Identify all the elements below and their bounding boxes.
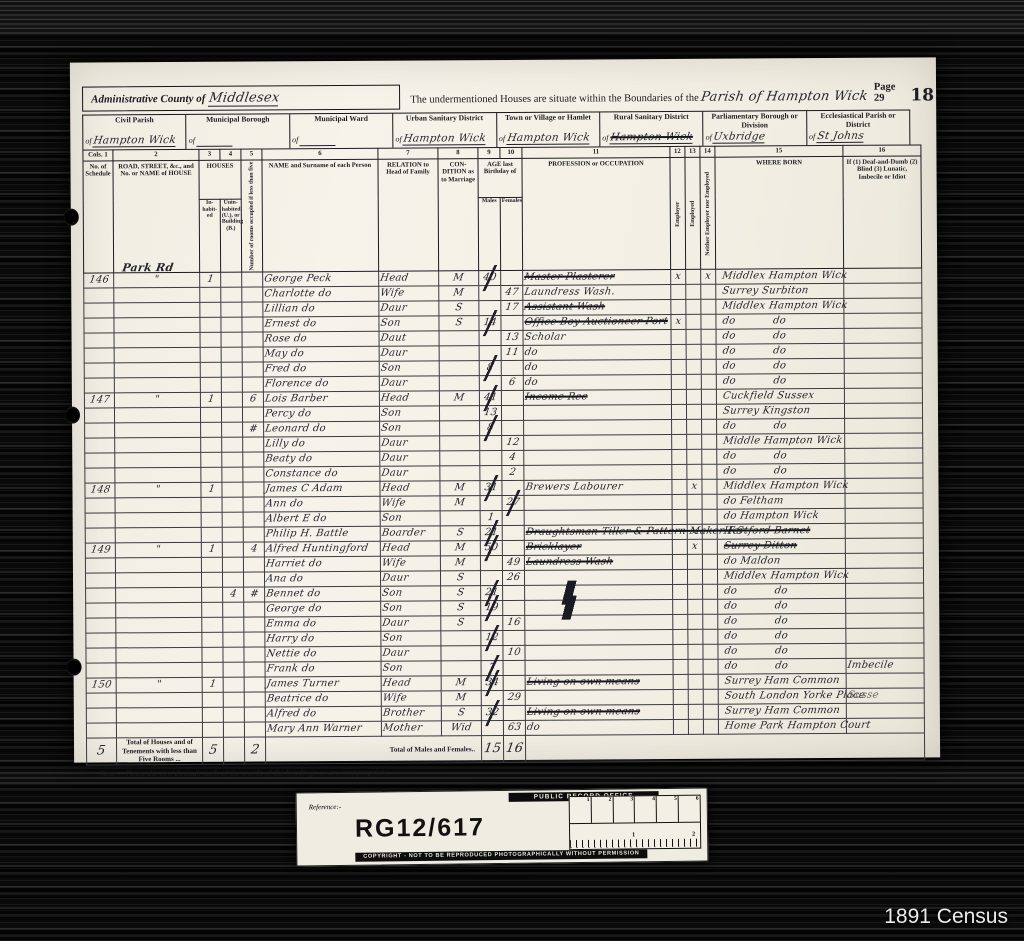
stamp-grid-cell: 4: [635, 796, 657, 822]
cell-inf: [846, 628, 924, 643]
header-occupation: PROFESSION or OCCUPATION: [522, 157, 671, 270]
cell-born: do do: [718, 598, 846, 614]
cell-af: 49: [502, 555, 524, 570]
cell-uninh: [223, 602, 244, 617]
cell-inh: 1: [200, 272, 221, 287]
folio-number: 18: [910, 85, 934, 105]
footer-females-total: 16: [503, 735, 525, 762]
cell-e1: [673, 584, 688, 599]
cell-born: Cuckfield Sussex: [716, 388, 844, 404]
cell-am: [480, 555, 502, 570]
footer-inhabited-total: 5: [202, 737, 223, 764]
cell-e2: [686, 389, 701, 404]
cell-inf: [845, 433, 923, 448]
cell-am: 19: [481, 600, 503, 615]
cell-uninh: [221, 362, 242, 377]
scan-stripe-band-top: [0, 0, 1024, 34]
stamp-ruler: 1 2: [570, 823, 700, 849]
cell-name: Lois Barber: [263, 391, 379, 407]
cell-inf: [844, 298, 922, 313]
cell-road: ": [115, 542, 201, 558]
cell-af: [503, 705, 525, 720]
header-uninhabited: Unin-habited (U.), or Building (B.): [220, 199, 241, 272]
cell-schedule: [86, 603, 116, 618]
cell-e1: [671, 299, 686, 314]
cell-road: [114, 377, 200, 393]
cell-inf: [846, 643, 924, 658]
cell-uninh: [222, 482, 243, 497]
cell-name: Lillian do: [263, 301, 379, 317]
cell-schedule: [86, 663, 116, 678]
cell-occ: Master Plasterer: [523, 269, 671, 285]
cell-road: [115, 497, 201, 513]
cell-inh: [200, 332, 221, 347]
cell-uninh: [221, 272, 242, 287]
header-neither: Neither Employer nor Employed: [700, 157, 716, 269]
cell-rooms: [244, 677, 265, 692]
cell-e2: [687, 494, 702, 509]
cell-e2: [688, 629, 703, 644]
cell-inh: [200, 407, 221, 422]
cell-inf: [845, 478, 923, 493]
cell-inf: [844, 403, 922, 418]
cell-rooms: [243, 437, 264, 452]
column-number: 7: [378, 148, 438, 159]
cell-relation: Head: [379, 391, 439, 406]
cell-e1: [671, 359, 686, 374]
cell-inh: 1: [200, 392, 221, 407]
cell-inh: [202, 632, 223, 647]
district-cell: Ecclesiastical Parish or DistrictofSt Jo…: [807, 111, 910, 146]
administrative-county-box: Administrative County of Middlesex: [82, 85, 400, 112]
cell-inf: [844, 283, 922, 298]
cell-e2: [687, 419, 702, 434]
cell-e2: [688, 674, 703, 689]
cell-e2: [687, 449, 702, 464]
cell-inh: [201, 512, 222, 527]
cell-e3: [703, 689, 718, 704]
cell-rooms: [244, 662, 265, 677]
cell-af: 10: [503, 645, 525, 660]
cell-born: do Hampton Wick: [717, 508, 845, 524]
column-number: 9: [478, 148, 500, 159]
cell-inh: [202, 692, 223, 707]
cell-name: Charlotte do: [263, 286, 379, 302]
header-males: Males: [478, 198, 500, 271]
cell-relation: Son: [380, 511, 440, 526]
header-houses: HOUSES: [199, 160, 241, 200]
cell-occ: do: [523, 359, 671, 375]
cell-e1: [672, 434, 687, 449]
cell-af: 4: [502, 450, 524, 465]
cell-am: 34: [481, 675, 503, 690]
header-relation: RELATION to Head of Family: [378, 159, 439, 271]
stamp-grid-cell: 2: [591, 797, 613, 823]
cell-inh: [200, 362, 221, 377]
footer-males-total: 15: [481, 735, 503, 762]
header-where-born: WHERE BORN: [715, 156, 844, 269]
cell-rooms: [244, 722, 265, 737]
cell-schedule: 149: [85, 543, 115, 558]
column-number: 12: [670, 146, 685, 157]
ruler-number: 2: [692, 832, 695, 838]
cell-occ: do: [525, 719, 673, 735]
cell-e3: [702, 569, 717, 584]
cell-cond: M: [441, 691, 481, 706]
cell-occ: [525, 584, 673, 600]
cell-road: [116, 722, 202, 738]
cell-e1: [673, 704, 688, 719]
cell-uninh: [223, 707, 244, 722]
cell-e2: [687, 569, 702, 584]
cell-af: [503, 675, 525, 690]
cell-am: 40: [479, 270, 501, 285]
cell-am: [480, 570, 502, 585]
cell-cond: [439, 376, 479, 391]
cell-e3: [703, 659, 718, 674]
cell-road: [115, 512, 201, 528]
cell-e1: [672, 554, 687, 569]
cell-e1: [672, 479, 687, 494]
cell-occ: [524, 509, 672, 525]
cell-relation: Son: [379, 361, 439, 376]
cell-e3: [703, 674, 718, 689]
collection-label: 1891 Census: [884, 905, 1008, 929]
cell-relation: Son: [379, 406, 439, 421]
cell-born: do do: [716, 328, 844, 344]
cell-inh: [202, 602, 223, 617]
cell-schedule: [84, 333, 114, 348]
cell-e3: [703, 584, 718, 599]
cell-inh: [202, 662, 223, 677]
cell-am: [480, 450, 502, 465]
cell-af: [503, 600, 525, 615]
header-age: AGE last Birthday of: [478, 158, 522, 198]
cell-name: Alfred Huntingford: [264, 541, 380, 557]
cell-road: [115, 422, 201, 438]
column-number: Cols. 1: [83, 150, 113, 161]
header-employer: Employer: [670, 157, 686, 269]
situate-text: The undermentioned Houses are situate wi…: [400, 89, 872, 110]
cell-e2: [686, 329, 701, 344]
cell-inh: [200, 377, 221, 392]
cell-rooms: [242, 332, 263, 347]
cell-occ: [524, 494, 672, 510]
footer-totals-label: Total of Males and Females..: [265, 736, 481, 764]
cell-rooms: [242, 287, 263, 302]
header-schedule: No. of Schedule: [83, 161, 114, 273]
cell-born: Middlex Hampton Wick: [716, 298, 844, 314]
punch-hole: [64, 209, 79, 226]
cell-am: [480, 495, 502, 510]
cell-born: do do: [717, 448, 845, 464]
cell-uninh: [221, 287, 242, 302]
cell-road: [116, 707, 202, 723]
cell-rooms: [243, 572, 264, 587]
cell-e1: [671, 344, 686, 359]
cell-af: [502, 510, 524, 525]
cell-cond: S: [440, 526, 480, 541]
cell-inf: [844, 268, 922, 283]
cell-cond: [441, 646, 481, 661]
cell-cond: S: [439, 316, 479, 331]
cell-e1: [673, 689, 688, 704]
cell-af: [501, 315, 523, 330]
cell-uninh: [221, 392, 242, 407]
cell-born: do do: [718, 628, 846, 644]
cell-cond: S: [441, 586, 481, 601]
cell-occ: Living on own means: [525, 704, 673, 720]
cell-rooms: [244, 647, 265, 662]
cell-relation: Head: [380, 541, 440, 556]
stamp-grid-cell: 5: [657, 796, 679, 822]
cell-af: [503, 660, 525, 675]
cell-relation: Son: [381, 601, 441, 616]
cell-e3: [701, 404, 716, 419]
cell-occ: [525, 599, 673, 615]
cell-rooms: [242, 302, 263, 317]
cell-rooms: [242, 377, 263, 392]
district-cell: Parliamentary Borough or DivisionofUxbri…: [703, 111, 807, 146]
cell-schedule: [84, 288, 114, 303]
cell-road: [114, 347, 200, 363]
cell-rooms: [243, 452, 264, 467]
cell-e1: [673, 644, 688, 659]
cell-inf: Imbecile: [846, 658, 924, 673]
cell-schedule: [85, 423, 115, 438]
cell-e1: [673, 674, 688, 689]
cell-e3: [702, 419, 717, 434]
cell-e1: [673, 659, 688, 674]
cell-schedule: [86, 708, 116, 723]
footer-houses-label: Total of Houses and of Tenements with le…: [116, 737, 202, 765]
cell-cond: S: [441, 706, 481, 721]
cell-inf: [845, 523, 923, 538]
cell-e1: [673, 599, 688, 614]
cell-cond: [440, 436, 480, 451]
stamp-grid-cell: 3: [613, 796, 635, 822]
cell-occ: Office Boy Auctioneer Port: [523, 314, 671, 330]
cell-road: [114, 317, 200, 333]
cell-e1: [672, 569, 687, 584]
cell-occ: Scholar: [523, 329, 671, 345]
cell-e2: [686, 299, 701, 314]
cell-name: Harry do: [265, 631, 381, 647]
cell-relation: Son: [380, 421, 440, 436]
cell-e2: [688, 584, 703, 599]
cell-cond: [440, 421, 480, 436]
cell-am: [479, 285, 501, 300]
cell-e2: [688, 614, 703, 629]
cell-inh: [202, 707, 223, 722]
cell-e1: [671, 374, 686, 389]
cell-am: [481, 615, 503, 630]
cell-e3: [702, 449, 717, 464]
cell-road: [116, 647, 202, 663]
cell-relation: Daur: [380, 571, 440, 586]
cell-e2: [688, 644, 703, 659]
cell-am: [481, 645, 503, 660]
cell-am: [481, 720, 503, 735]
cell-name: Bennet do: [265, 586, 381, 602]
cell-inf: [844, 388, 922, 403]
cell-born: Surrey Surbiton: [716, 283, 844, 299]
cell-rooms: 4: [243, 542, 264, 557]
cell-e3: [702, 509, 717, 524]
cell-am: [479, 330, 501, 345]
cell-uninh: [221, 407, 242, 422]
cell-born: do do: [718, 613, 846, 629]
cell-rooms: #: [244, 587, 265, 602]
cell-am: 8: [479, 360, 501, 375]
cell-name: Harriet do: [264, 556, 380, 572]
cell-e2: [687, 464, 702, 479]
cell-relation: Head: [379, 271, 439, 286]
cell-rooms: #: [243, 422, 264, 437]
cell-occ: [525, 644, 673, 660]
ruler-number: 1: [632, 832, 635, 838]
cell-relation: Head: [380, 481, 440, 496]
cell-cond: M: [440, 541, 480, 556]
cell-e1: [671, 329, 686, 344]
cell-am: [479, 300, 501, 315]
cell-inh: [201, 497, 222, 512]
cell-relation: Son: [381, 631, 441, 646]
cell-inh: [201, 422, 222, 437]
cell-uninh: [222, 437, 243, 452]
county-label: Administrative County of: [91, 93, 205, 106]
cell-uninh: [221, 332, 242, 347]
cell-am: 41: [479, 390, 501, 405]
cell-uninh: [222, 452, 243, 467]
cell-occ: [524, 419, 672, 435]
cell-e3: x: [701, 269, 716, 284]
cell-cond: S: [441, 601, 481, 616]
cell-schedule: 150: [86, 678, 116, 693]
cell-uninh: [223, 647, 244, 662]
cell-cond: M: [439, 391, 479, 406]
cell-schedule: [85, 453, 115, 468]
cell-e3: [703, 614, 718, 629]
cell-occ: [523, 404, 671, 420]
cell-inh: [201, 572, 222, 587]
punch-hole: [67, 659, 82, 676]
cell-inh: 1: [201, 542, 222, 557]
cell-schedule: [84, 318, 114, 333]
cell-occ: Living on own means: [525, 674, 673, 690]
cell-road: [115, 437, 201, 453]
cell-road: [116, 632, 202, 648]
cell-name: Nettie do: [265, 646, 381, 662]
stamp-grid-cell: 1: [570, 797, 592, 823]
cell-am: 7: [481, 660, 503, 675]
cell-road: [115, 572, 201, 588]
cell-born: Surrey Ham Common: [718, 703, 846, 719]
cell-road: [116, 587, 202, 603]
cell-e3: [703, 719, 718, 734]
cell-road: ": [114, 392, 200, 408]
cell-occ: Brewers Labourer: [524, 479, 672, 495]
cell-schedule: [85, 528, 115, 543]
cell-e3: [702, 479, 717, 494]
cell-af: 29: [503, 690, 525, 705]
cell-schedule: [84, 363, 114, 378]
column-number: 14: [700, 146, 715, 157]
cell-name: George Peck: [263, 271, 379, 287]
cell-relation: Brother: [381, 706, 441, 721]
district-cell: Rural Sanitary DistrictofHampton Wick: [600, 112, 704, 147]
cell-name: Mary Ann Warner: [265, 721, 381, 737]
cell-e3: [701, 374, 716, 389]
cell-born: Middle Hampton Wick: [717, 433, 845, 449]
cell-name: Emma do: [265, 616, 381, 632]
cell-e1: [672, 449, 687, 464]
cell-cond: [439, 331, 479, 346]
cell-e3: [703, 629, 718, 644]
cell-af: 63: [503, 720, 525, 735]
cell-schedule: [85, 558, 115, 573]
cell-af: 16: [503, 615, 525, 630]
cell-inh: [202, 617, 223, 632]
column-number: 15: [715, 145, 843, 157]
cell-born: Surrey Ditton: [717, 538, 845, 554]
cell-name: Leonard do: [264, 421, 380, 437]
cell-inh: [201, 452, 222, 467]
cell-e2: [686, 269, 701, 284]
cell-e2: [688, 719, 703, 734]
reference-number: RG12/617: [355, 813, 485, 844]
cell-rooms: [243, 482, 264, 497]
cell-name: Fred do: [263, 361, 379, 377]
stamp-grid-cells: 123456: [570, 796, 700, 825]
cell-cond: [440, 466, 480, 481]
cell-born: do do: [716, 313, 844, 329]
cell-name: Albert E do: [264, 511, 380, 527]
cell-e1: [672, 509, 687, 524]
cell-am: 31: [480, 480, 502, 495]
cell-e2: [686, 314, 701, 329]
cell-inf: [844, 328, 922, 343]
cell-inf: [845, 553, 923, 568]
cell-schedule: 147: [84, 393, 114, 408]
column-number: 13: [685, 146, 700, 157]
cell-e3: [703, 644, 718, 659]
cell-occ: Laundress Wash.: [523, 284, 671, 300]
cell-e3: [702, 539, 717, 554]
header-females: Females: [500, 198, 522, 271]
column-number: 6: [262, 148, 378, 160]
cell-rooms: [244, 602, 265, 617]
cell-inf: [845, 568, 923, 583]
cell-name: Ernest do: [263, 316, 379, 332]
cell-e2: [688, 704, 703, 719]
cell-name: May do: [263, 346, 379, 362]
footer-schedule-total: 5: [86, 738, 116, 765]
cell-born: do Maldon: [717, 553, 845, 569]
totals-row: 5 Total of Houses and of Tenements with …: [86, 733, 924, 765]
header-infirmity: If (1) Deaf-and-Dumb (2) Blind (3) Lunat…: [843, 156, 922, 268]
cell-road: [116, 617, 202, 633]
cell-af: [502, 420, 524, 435]
cell-inh: [200, 287, 221, 302]
cell-born: do do: [717, 463, 845, 479]
cell-e2: x: [687, 479, 702, 494]
parish-value: Parish of Hampton Wick: [700, 89, 869, 105]
cell-uninh: [223, 617, 244, 632]
header-inhabited: In-habit-ed: [199, 199, 220, 272]
cell-af: [503, 630, 525, 645]
cell-rooms: [244, 707, 265, 722]
